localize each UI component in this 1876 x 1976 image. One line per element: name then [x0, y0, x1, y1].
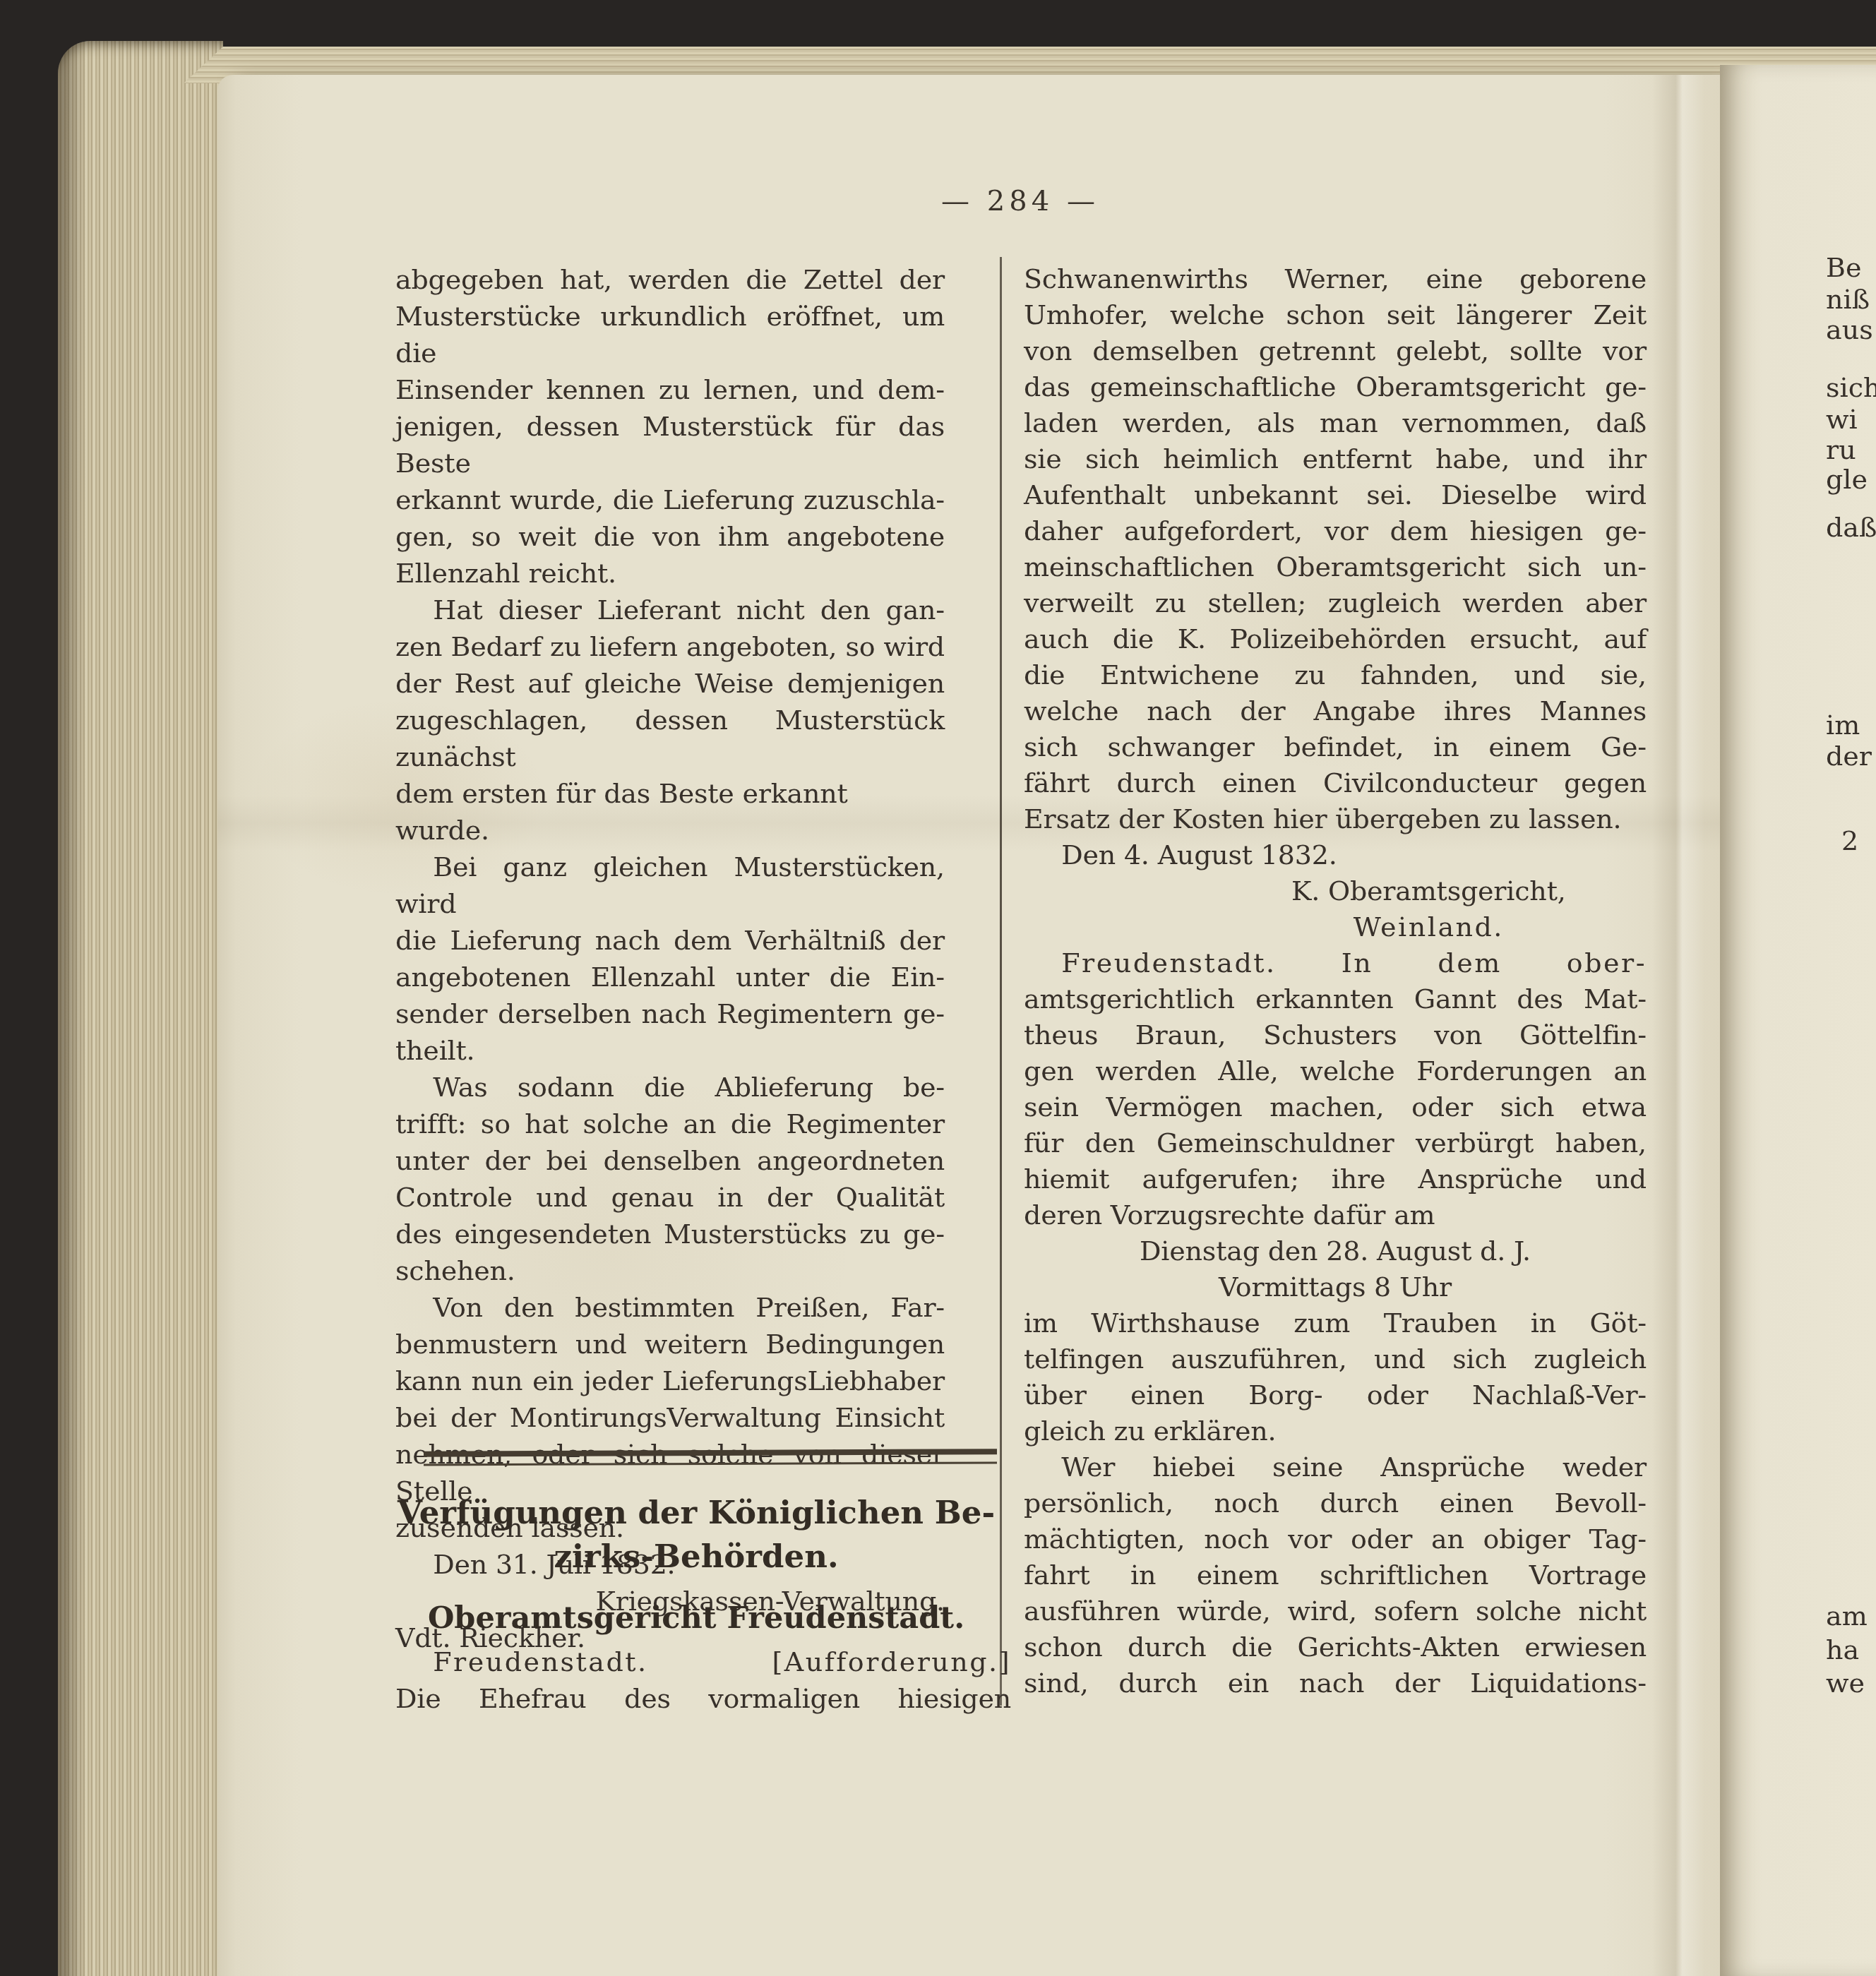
text-line: Wer hiebei seine Ansprüche weder — [1024, 1449, 1647, 1485]
text-line: Vormittags 8 Uhr — [1024, 1269, 1647, 1305]
text-line: zugeschlagen, dessen Musterstück zunächs… — [395, 702, 945, 775]
text-line: persönlich, noch durch einen Bevoll- — [1024, 1485, 1647, 1521]
text-line: mächtigten, noch vor oder an obiger Tag- — [1024, 1521, 1647, 1557]
left-column-bottom: Freudenstadt. [Aufforderung.]Die Ehefrau… — [395, 1643, 1011, 1717]
text-line: deren Vorzugsrechte dafür am — [1024, 1197, 1647, 1233]
right-column: Schwanenwirths Werner, eine geboreneUmho… — [1024, 261, 1647, 1701]
text-line: Ellenzahl reicht. — [395, 555, 945, 592]
text-line: hiemit aufgerufen; ihre Ansprüche und — [1024, 1161, 1647, 1197]
text-line: gen werden Alle, welche Forderungen an — [1024, 1053, 1647, 1089]
text-line: welche nach der Angabe ihres Mannes — [1024, 693, 1647, 729]
book-fore-edge — [58, 41, 223, 1976]
text-line: sie sich heimlich entfernt habe, und ihr — [1024, 441, 1647, 477]
text-line: kann nun ein jeder LieferungsLiebhaber — [395, 1363, 945, 1399]
text-line: erkannt wurde, die Lieferung zuzuschla- — [395, 481, 945, 518]
page-fragment: daß — [1826, 514, 1876, 541]
text-line: angebotenen Ellenzahl unter die Ein- — [395, 959, 945, 995]
text-line: der Rest auf gleiche Weise demjenigen — [395, 665, 945, 702]
section-heading-line1: Verfügungen der Königlichen Be- — [386, 1491, 1007, 1535]
text-line: meinschaftlichen Oberamtsgericht sich un… — [1024, 549, 1647, 585]
text-line: Hat dieser Lieferant nicht den gan- — [395, 592, 945, 628]
text-line: telfingen auszuführen, und sich zugleich — [1024, 1341, 1647, 1377]
text-line: im Wirthshause zum Trauben in Göt- — [1024, 1305, 1647, 1341]
text-line: das gemeinschaftliche Oberamtsgericht ge… — [1024, 369, 1647, 405]
text-line: Bei ganz gleichen Musterstücken, wird — [395, 849, 945, 922]
page-fragment: we — [1826, 1670, 1865, 1696]
left-column: abgegeben hat, werden die Zettel derMust… — [395, 261, 945, 1656]
text-line: abgegeben hat, werden die Zettel der — [395, 261, 945, 298]
text-line: Die Ehefrau des vormaligen hiesigen — [395, 1680, 1011, 1717]
text-line: benmustern und weitern Bedingungen — [395, 1326, 945, 1363]
text-line: Dienstag den 28. August d. J. — [1024, 1233, 1647, 1269]
text-line: Von den bestimmten Preißen, Far- — [395, 1289, 945, 1326]
text-line: K. Oberamtsgericht, — [1024, 873, 1647, 909]
text-line: die Lieferung nach dem Verhältniß der — [395, 922, 945, 959]
text-line: trifft: so hat solche an die Regimenter — [395, 1106, 945, 1142]
text-line: laden werden, als man vernommen, daß — [1024, 405, 1647, 441]
text-line: Controle und genau in der Qualität — [395, 1179, 945, 1216]
text-line: ausführen würde, wird, sofern solche nic… — [1024, 1593, 1647, 1629]
text-line: fahrt in einem schriftlichen Vortrage — [1024, 1557, 1647, 1593]
section-heading: Verfügungen der Königlichen Be- zirks-Be… — [386, 1491, 1007, 1638]
text-line: sender derselben nach Regimentern ge- — [395, 995, 945, 1032]
text-line: schon durch die Gerichts-Akten erwiesen — [1024, 1629, 1647, 1665]
text-line: fährt durch einen Civilconducteur gegen — [1024, 765, 1647, 801]
rule-thick — [424, 1449, 997, 1457]
page-fragment: gle — [1826, 466, 1868, 493]
text-line: dem ersten für das Beste erkannt wurde. — [395, 775, 945, 849]
next-page-edge: Be niß aus sich wi ru gle daß im der 2 a… — [1720, 65, 1876, 1976]
text-line: bei der MontirungsVerwaltung Einsicht — [395, 1399, 945, 1436]
page-fragment: aus — [1826, 316, 1873, 343]
text-line: Musterstücke urkundlich eröffnet, um die — [395, 298, 945, 371]
text-line: sich schwanger befindet, in einem Ge- — [1024, 729, 1647, 765]
text-line: zen Bedarf zu liefern angeboten, so wird — [395, 628, 945, 665]
text-line: Einsender kennen zu lernen, und dem- — [395, 371, 945, 408]
text-line: sind, durch ein nach der Liquidations- — [1024, 1665, 1647, 1701]
text-line: gen, so weit die von ihm angebotene — [395, 518, 945, 555]
page-fragment: der — [1826, 743, 1872, 770]
book-page: — 284 — abgegeben hat, werden die Zettel… — [217, 75, 1724, 1976]
page-fragment: niß — [1826, 286, 1870, 313]
text-line: sein Vermögen machen, oder sich etwa — [1024, 1089, 1647, 1125]
text-line: theus Braun, Schusters von Göttelfin- — [1024, 1017, 1647, 1053]
page-fragment: sich — [1826, 374, 1876, 401]
page-fragment: Be — [1826, 254, 1861, 281]
text-line: Ersatz der Kosten hier übergeben zu lass… — [1024, 801, 1647, 837]
text-line: verweilt zu stellen; zugleich werden abe… — [1024, 585, 1647, 621]
text-line: von demselben getrennt gelebt, sollte vo… — [1024, 333, 1647, 369]
text-line: Den 4. August 1832. — [1024, 837, 1647, 873]
text-line: schehen. — [395, 1252, 945, 1289]
text-line: unter der bei denselben angeordneten — [395, 1142, 945, 1179]
text-line: Schwanenwirths Werner, eine geborene — [1024, 261, 1647, 297]
page-fragment: am — [1826, 1603, 1868, 1629]
page-fragment: wi — [1826, 406, 1858, 433]
text-line: amtsgerichtlich erkannten Gannt des Mat- — [1024, 981, 1647, 1017]
court-heading: Oberamtsgericht Freudenstadt. — [386, 1598, 1007, 1638]
text-line: gleich zu erklären. — [1024, 1413, 1647, 1449]
text-line: für den Gemeinschuldner verbürgt haben, — [1024, 1125, 1647, 1161]
page-fragment: im — [1826, 712, 1860, 738]
column-divider — [1000, 257, 1002, 1706]
text-line: auch die K. Polizeibehörden ersucht, auf — [1024, 621, 1647, 657]
section-heading-line2: zirks-Behörden. — [386, 1535, 1007, 1579]
text-line: Was sodann die Ablieferung be- — [395, 1069, 945, 1106]
text-line: des eingesendeten Musterstücks zu ge- — [395, 1216, 945, 1252]
text-line: Weinland. — [1024, 909, 1647, 945]
text-line: Aufenthalt unbekannt sei. Dieselbe wird — [1024, 477, 1647, 513]
text-line: über einen Borg- oder Nachlaß-Ver- — [1024, 1377, 1647, 1413]
page-number: — 284 — — [395, 185, 1645, 217]
text-line: Freudenstadt. In dem ober- — [1024, 945, 1647, 981]
page-fragment: 2 — [1841, 827, 1858, 854]
book-scan: — 284 — abgegeben hat, werden die Zettel… — [0, 0, 1876, 1976]
page-fragment: ru — [1826, 436, 1856, 463]
text-line: die Entwichene zu fahnden, und sie, — [1024, 657, 1647, 693]
text-line: jenigen, dessen Musterstück für das Best… — [395, 408, 945, 481]
text-line: theilt. — [395, 1032, 945, 1069]
text-line: Umhofer, welche schon seit längerer Zeit — [1024, 297, 1647, 333]
section-divider-rule — [424, 1450, 997, 1465]
text-line: Freudenstadt. [Aufforderung.] — [395, 1643, 1011, 1680]
text-line: daher aufgefordert, vor dem hiesigen ge- — [1024, 513, 1647, 549]
page-fragment: ha — [1826, 1636, 1859, 1663]
